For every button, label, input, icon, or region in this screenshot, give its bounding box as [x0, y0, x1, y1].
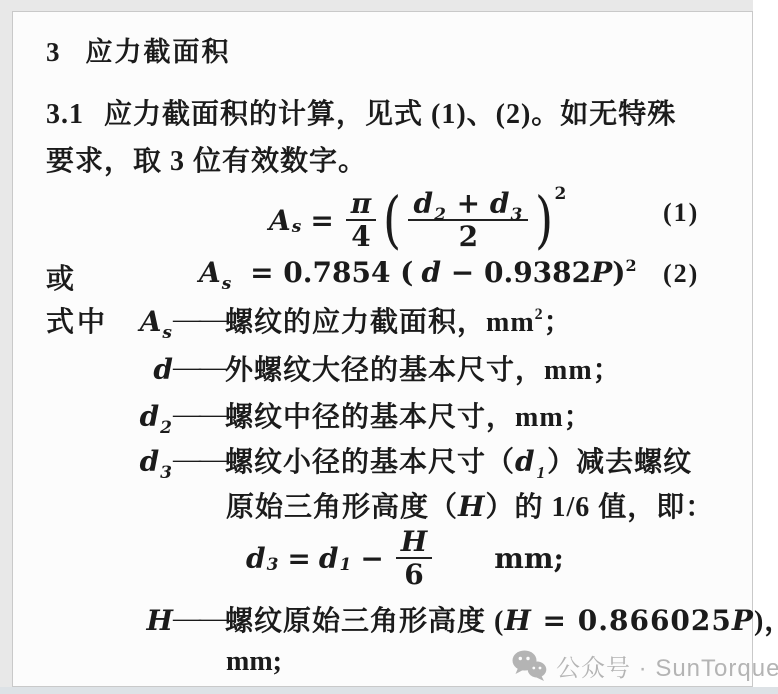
- eq3-h-over-6: H 6: [396, 527, 432, 590]
- def-as-desc: 螺纹的应力截面积，mm2；: [225, 307, 573, 338]
- definition-as: As——螺纹的应力截面积，mm2；: [125, 300, 573, 340]
- def-d3-sub: 3: [160, 463, 172, 483]
- def-h-value: = 0.866025: [532, 604, 732, 637]
- def-d3-line1: 螺纹小径的基本尺寸（d1）减去螺纹: [225, 447, 692, 478]
- def-as-var: A: [140, 305, 162, 338]
- definition-h-line2: mm;: [226, 646, 282, 678]
- scanned-standard-page: 3应力截面积 3.1应力截面积的计算，见式 (1)、(2)。如无特殊 要求，取 …: [0, 0, 778, 694]
- eq1-lhs: A: [269, 204, 291, 237]
- section-number: 3: [46, 37, 60, 67]
- watermark-text: 公众号 · SunTorque: [556, 648, 778, 683]
- eq1-lhs-sub: s: [292, 217, 302, 237]
- def-h-H: H: [504, 604, 531, 637]
- eq1-inner-den: 2: [459, 221, 478, 251]
- eq1-inner-num: d2 + d3: [408, 189, 528, 221]
- def-d3-line2-post: ）的 1/6 值，即：: [485, 492, 714, 523]
- equation-d3: d3 = d1 − H 6 mm;: [246, 526, 564, 590]
- scan-border-top: [0, 0, 753, 11]
- eq2-close-paren: ): [612, 256, 625, 289]
- def-h-pre: 螺纹原始三角形高度 (: [225, 606, 504, 637]
- def-h-symbol: H: [125, 604, 173, 637]
- wechat-icon: [511, 649, 547, 682]
- def-d2-symbol: d2: [125, 400, 173, 433]
- scan-border-bottom: [0, 687, 778, 694]
- def-d2-dash: ——: [173, 399, 225, 430]
- where-label: 式中: [46, 300, 108, 340]
- eq3-lhs: d: [246, 542, 266, 575]
- def-d3-line1-pre: 螺纹小径的基本尺寸（: [225, 447, 515, 478]
- definition-d3: d3——螺纹小径的基本尺寸（d1）减去螺纹: [125, 440, 692, 480]
- clause-text-line2: 要求，取 3 位有效数字。: [46, 146, 367, 177]
- eq3-frac-den: 6: [404, 559, 423, 589]
- def-h-dash: ——: [173, 603, 225, 634]
- clause-number: 3.1: [46, 99, 84, 130]
- def-d-dash: ——: [173, 352, 225, 383]
- def-d-symbol: d: [125, 353, 173, 386]
- eq1-d3-sub: 3: [510, 205, 522, 225]
- eq2-coeff: − 0.9382: [441, 256, 591, 289]
- eq1-open-paren: (: [383, 192, 401, 248]
- definition-d: d——外螺纹大径的基本尺寸，mm；: [125, 348, 622, 388]
- equation-1: As = π 4 ( d2 + d3 2 ) 2: [269, 177, 568, 263]
- def-h-desc: 螺纹原始三角形高度 (H = 0.866025P)，: [225, 606, 778, 637]
- eq3-rhs-d1-sub: 1: [339, 555, 351, 575]
- eq3-equals: =: [287, 542, 310, 575]
- def-d3-symbol: d3: [125, 445, 173, 478]
- clause-3-1-line2: 要求，取 3 位有效数字。: [46, 139, 367, 179]
- eq1-frac-den: 4: [351, 221, 370, 251]
- def-d3-line1-post: ）减去螺纹: [547, 447, 692, 478]
- eq3-lhs-sub: 3: [267, 555, 279, 575]
- eq3-unit: mm;: [494, 542, 564, 575]
- def-d3-dash: ——: [173, 444, 225, 475]
- eq1-frac-num: π: [346, 189, 377, 221]
- eq2-var-d: d: [421, 256, 441, 289]
- clause-3-1-line1: 3.1应力截面积的计算，见式 (1)、(2)。如无特殊: [46, 92, 676, 132]
- eq1-inner-fraction: d2 + d3 2: [408, 189, 528, 252]
- def-as-desc-tail: ；: [544, 307, 573, 338]
- def-h-P: P: [732, 604, 754, 637]
- def-h-post: )，: [754, 606, 778, 637]
- or-word: 或: [46, 257, 75, 297]
- eq2-lhs-sub: s: [222, 274, 232, 294]
- eq1-close-paren: ): [535, 192, 553, 248]
- eq1-d2-sub: 2: [434, 205, 446, 225]
- scan-border-left: [0, 0, 12, 688]
- def-d3-var: d: [140, 445, 160, 478]
- eq2-power: 2: [625, 256, 636, 275]
- eq2-mid: = 0.7854 (: [250, 256, 413, 289]
- def-d2-var: d: [140, 400, 160, 433]
- section-title: 应力截面积: [86, 37, 231, 67]
- watermark: 公众号 · SunTorque: [511, 648, 778, 683]
- eq3-minus: −: [360, 542, 383, 575]
- def-d3-line2: 原始三角形高度（H）的 1/6 值，即：: [226, 492, 714, 523]
- def-as-sub: s: [162, 323, 172, 343]
- def-d2-sub: 2: [160, 418, 172, 438]
- eq3-rhs-d1: d: [319, 542, 339, 575]
- def-as-symbol: As: [125, 305, 173, 338]
- eq2-var-p: P: [591, 256, 612, 289]
- document-page: 3应力截面积 3.1应力截面积的计算，见式 (1)、(2)。如无特殊 要求，取 …: [12, 11, 753, 687]
- clause-text-line1: 应力截面积的计算，见式 (1)、(2)。如无特殊: [104, 99, 676, 130]
- def-as-desc-text: 螺纹的应力截面积，mm: [225, 307, 535, 338]
- equation-2: As = 0.7854 (d − 0.9382P)2: [199, 256, 637, 289]
- eq3-frac-num: H: [396, 527, 432, 559]
- definition-h: H——螺纹原始三角形高度 (H = 0.866025P)，: [125, 599, 778, 639]
- def-d3-H: H: [458, 490, 485, 523]
- def-d3-d1: d: [515, 445, 536, 478]
- def-as-dash: ——: [173, 304, 225, 335]
- definition-d2: d2——螺纹中径的基本尺寸，mm；: [125, 395, 593, 435]
- equation-2-number: (2): [663, 259, 699, 289]
- eq1-equals: =: [310, 204, 333, 237]
- definition-d3-line2: 原始三角形高度（H）的 1/6 值，即：: [226, 485, 714, 525]
- def-d3-d1-sub: 1: [537, 463, 547, 482]
- eq1-pi-over-4: π 4: [346, 189, 377, 252]
- eq2-lhs: A: [199, 256, 221, 289]
- def-d-var: d: [153, 353, 173, 386]
- eq1-d3: d: [490, 187, 510, 220]
- def-d2-desc: 螺纹中径的基本尺寸，mm；: [225, 402, 593, 433]
- def-d-desc: 外螺纹大径的基本尺寸，mm；: [225, 355, 622, 386]
- eq1-plus: +: [457, 187, 480, 220]
- eq1-d2: d: [413, 187, 433, 220]
- def-h-var: H: [147, 604, 173, 637]
- def-d3-line2-pre: 原始三角形高度（: [226, 492, 458, 523]
- eq1-power: 2: [555, 184, 567, 204]
- section-heading: 3应力截面积: [46, 30, 231, 69]
- def-as-desc-sup: 2: [535, 306, 544, 323]
- equation-1-number: (1): [663, 198, 699, 228]
